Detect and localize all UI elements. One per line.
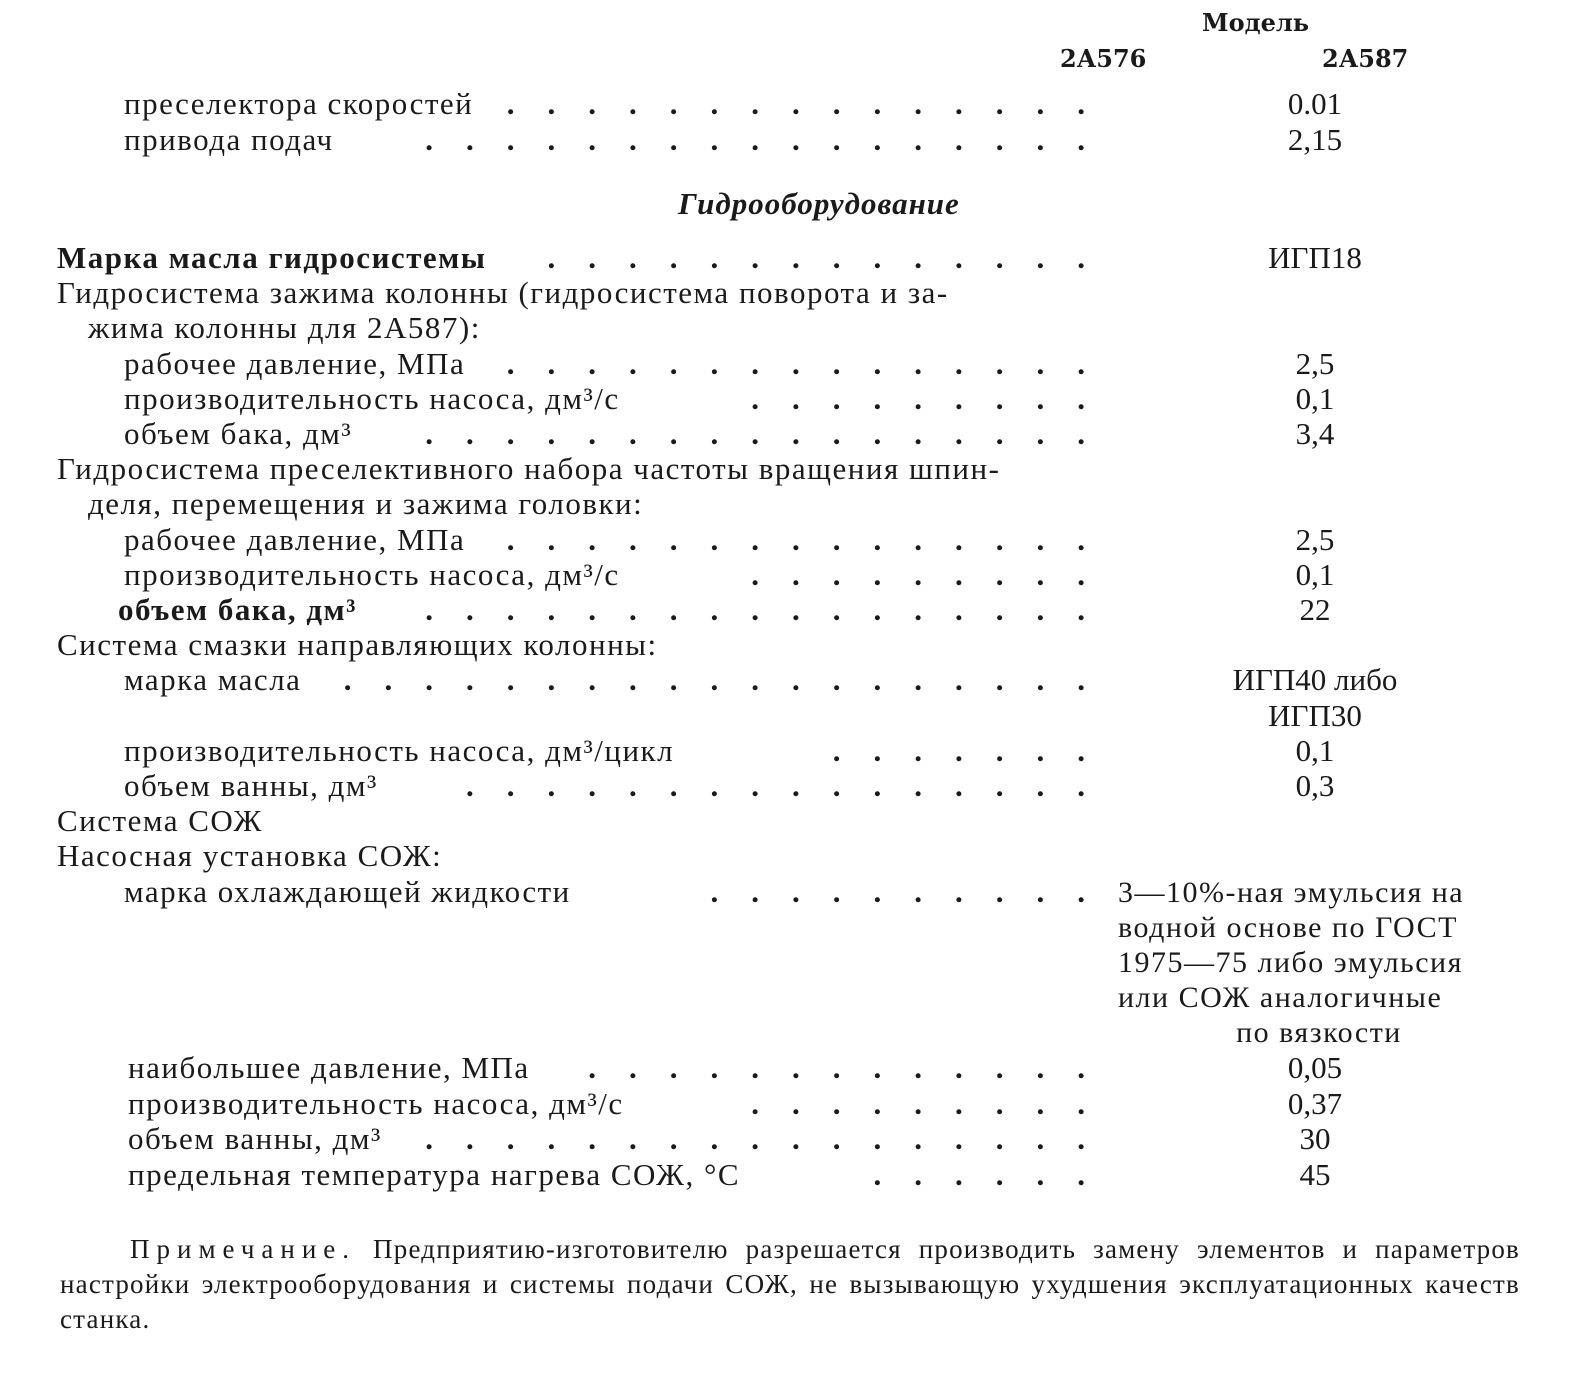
spec-row: Система смазки направляющих колонны:: [0, 627, 1588, 663]
spec-value: 0,05: [1165, 1050, 1465, 1086]
leader-dots: .................: [425, 1121, 1118, 1157]
spec-row: Гидросистема преселективного набора част…: [0, 451, 1588, 487]
spec-label: объем бака, дм³: [124, 416, 352, 452]
spec-label: наибольшее давление, МПа: [128, 1050, 530, 1086]
spec-label: Система смазки направляющих колонны:: [57, 627, 658, 663]
spec-row: Насосная установка СОЖ:: [0, 838, 1588, 874]
coolant-line: по вязкости: [1118, 1015, 1520, 1050]
leader-dots: .................: [425, 122, 1118, 158]
leader-dots: .........: [751, 557, 1118, 593]
spec-row: объем ванны, дм³.................30: [0, 1121, 1588, 1157]
spec-label: рабочее давление, МПа: [124, 522, 465, 558]
spec-label: предельная температура нагрева СОЖ, °С: [128, 1157, 740, 1193]
coolant-line: 3—10%-ная эмульсия на: [1118, 875, 1520, 910]
spec-row: производительность насоса, дм³/с........…: [0, 557, 1588, 593]
spec-row: рабочее давление, МПа...............2,5: [0, 346, 1588, 382]
spec-row: производительность насоса, дм³/с........…: [0, 381, 1588, 417]
spec-label: рабочее давление, МПа: [124, 346, 465, 382]
spec-row: объем бака, дм³.................22: [0, 592, 1588, 628]
spec-label: Система СОЖ: [57, 803, 263, 839]
spec-value: 0,3: [1165, 768, 1465, 804]
spec-row: ИГП30: [0, 698, 1588, 734]
coolant-line: 1975—75 либо эмульсия: [1118, 945, 1520, 980]
leader-dots: .............: [588, 1050, 1118, 1086]
spec-value: ИГП40 либо: [1165, 662, 1465, 698]
spec-label: деля, перемещения и зажима головки:: [88, 486, 643, 522]
spec-label: производительность насоса, дм³/с: [124, 557, 620, 593]
section-title: Гидрооборудование: [678, 186, 960, 222]
spec-label: жима колонны для 2А587):: [88, 310, 481, 346]
spec-row: предельная температура нагрева СОЖ, °С..…: [0, 1157, 1588, 1193]
leader-dots: ......: [874, 1157, 1119, 1193]
leader-dots: ................: [466, 768, 1118, 804]
spec-value: 3,4: [1165, 416, 1465, 452]
spec-value: 2,5: [1165, 346, 1465, 382]
leader-dots: .......: [833, 733, 1118, 769]
spec-row: рабочее давление, МПа...............2,5: [0, 522, 1588, 558]
spec-label: объем бака, дм³: [118, 592, 357, 628]
spec-label: Марка масла гидросистемы: [57, 240, 487, 276]
spec-row: привода подач.................2,15: [0, 122, 1588, 158]
spec-row: производительность насоса, дм³/цикл.....…: [0, 733, 1588, 769]
spec-value: 0,1: [1165, 733, 1465, 769]
spec-label: Насосная установка СОЖ:: [57, 838, 442, 874]
leader-dots: .........: [751, 1086, 1118, 1122]
spec-value: 45: [1165, 1157, 1465, 1193]
spec-row: жима колонны для 2А587):: [0, 310, 1588, 346]
spec-value: ИГП18: [1165, 240, 1465, 276]
coolant-line: или СОЖ аналогичные: [1118, 980, 1520, 1015]
spec-label: преселектора скоростей: [124, 86, 473, 122]
spec-row: Марка масла гидросистемы..............ИГ…: [0, 240, 1588, 276]
spec-label: марка охлаждающей жидкости: [124, 874, 571, 910]
column-2a576: 2А576: [1060, 44, 1146, 73]
spec-label: объем ванны, дм³: [128, 1121, 382, 1157]
leader-dots: ...................: [344, 662, 1118, 698]
leader-dots: ...............: [507, 522, 1118, 558]
spec-value: 0,1: [1165, 381, 1465, 417]
spec-row: Гидросистема зажима колонны (гидросистем…: [0, 275, 1588, 311]
column-2a587: 2А587: [1322, 44, 1408, 73]
spec-label: производительность насоса, дм³/с: [128, 1086, 624, 1122]
spec-row: объем бака, дм³.................3,4: [0, 416, 1588, 452]
spec-label: Гидросистема зажима колонны (гидросистем…: [57, 275, 949, 311]
spec-value: 2,15: [1165, 122, 1465, 158]
spec-row: деля, перемещения и зажима головки:: [0, 486, 1588, 522]
spec-row: преселектора скоростей...............0.0…: [0, 86, 1588, 122]
spec-label: объем ванны, дм³: [124, 768, 378, 804]
spec-row: наибольшее давление, МПа.............0,0…: [0, 1050, 1588, 1086]
spec-label: привода подач: [124, 122, 334, 158]
leader-dots: ...............: [507, 346, 1118, 382]
spec-label: производительность насоса, дм³/с: [124, 381, 620, 417]
spec-value: 0,37: [1165, 1086, 1465, 1122]
spec-value: 2,5: [1165, 522, 1465, 558]
leader-dots: .................: [425, 592, 1118, 628]
spec-row: производительность насоса, дм³/с........…: [0, 1086, 1588, 1122]
leader-dots: .........: [751, 381, 1118, 417]
spec-value: ИГП30: [1165, 698, 1465, 734]
note-paragraph: Примечание. Предприятию-изготовителю раз…: [60, 1232, 1520, 1337]
spec-value: 30: [1165, 1121, 1465, 1157]
spec-row: марка масла...................ИГП40 либо: [0, 662, 1588, 698]
spec-value: 22: [1165, 592, 1465, 628]
spec-label: Гидросистема преселективного набора част…: [57, 451, 1000, 487]
leader-dots: ..............: [548, 240, 1119, 276]
coolant-value: 3—10%-ная эмульсия наводной основе по ГО…: [1118, 875, 1520, 1050]
coolant-line: водной основе по ГОСТ: [1118, 910, 1520, 945]
leader-dots: .................: [425, 416, 1118, 452]
spec-label: марка масла: [124, 662, 301, 698]
spec-row: Система СОЖ: [0, 803, 1588, 839]
note-prefix: Примечание.: [60, 1234, 356, 1264]
spec-value: 0.01: [1165, 86, 1465, 122]
spec-label: производительность насоса, дм³/цикл: [124, 733, 674, 769]
model-header: Модель: [1202, 8, 1309, 37]
leader-dots: ..........: [711, 874, 1119, 910]
leader-dots: ...............: [507, 86, 1118, 122]
spec-value: 0,1: [1165, 557, 1465, 593]
spec-row: объем ванны, дм³................0,3: [0, 768, 1588, 804]
